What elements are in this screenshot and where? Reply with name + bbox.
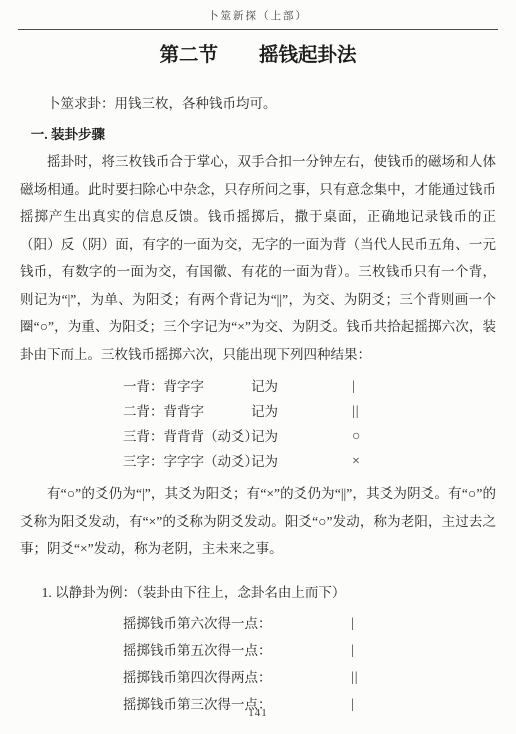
result-mark: ○: [352, 424, 496, 449]
result-label: 二背：背背字: [123, 399, 251, 424]
example-row: 摇掷钱币第五次得一点： |: [123, 637, 496, 664]
result-mark: |: [352, 374, 496, 399]
result-verb: 记为: [251, 424, 352, 449]
page-body: 卜筮求卦：用钱三枚，各种钱币均可。 一. 装卦步骤 摇卦时，将三枚钱币合于掌心，…: [0, 90, 516, 718]
example-label: 摇掷钱币第五次得一点：: [123, 637, 351, 664]
example-mark: |: [351, 610, 496, 637]
summary-paragraph: 有“○”的爻仍为“|”，其爻为阳爻；有“×”的爻仍为“||”，其爻为阴爻。有“○…: [20, 480, 496, 563]
result-label: 一背：背字字: [123, 374, 251, 399]
section-title: 第二节摇钱起卦法: [0, 42, 516, 70]
intro-paragraph: 卜筮求卦：用钱三枚，各种钱币均可。: [20, 90, 496, 118]
example-row: 摇掷钱币第四次得两点： ||: [123, 664, 496, 691]
example-row: 摇掷钱币第六次得一点： |: [123, 610, 496, 637]
result-label: 三字：字字字（动爻）: [123, 449, 251, 474]
result-mark: ×: [352, 449, 496, 474]
section-name: 摇钱起卦法: [259, 45, 357, 66]
result-mark: ||: [352, 399, 496, 424]
section-number: 第二节: [160, 45, 219, 66]
results-table: 一背：背字字 记为 | 二背：背背字 记为 || 三背：背背背（动爻） 记为 ○…: [123, 374, 496, 474]
page-footer: 141: [0, 703, 516, 721]
example-mark: |: [351, 637, 496, 664]
example-mark: ||: [351, 664, 496, 691]
result-verb: 记为: [251, 449, 352, 474]
subsection-heading: 一. 装卦步骤: [20, 121, 496, 149]
result-verb: 记为: [251, 374, 352, 399]
result-row: 一背：背字字 记为 |: [123, 374, 496, 399]
example-heading: 1. 以静卦为例：（装卦由下往上，念卦名由上而下）: [20, 579, 496, 607]
result-row: 三字：字字字（动爻） 记为 ×: [123, 449, 496, 474]
running-head: 卜筮新探（上部）: [0, 10, 516, 24]
header-rule: [18, 29, 498, 30]
page-number: 141: [248, 707, 268, 719]
procedure-paragraph: 摇卦时，将三枚钱币合于掌心，双手合扣一分钟左右，使钱币的磁场和人体磁场相通。此时…: [20, 148, 496, 368]
book-page: 卜筮新探（上部） 第二节摇钱起卦法 卜筮求卦：用钱三枚，各种钱币均可。 一. 装…: [0, 0, 516, 734]
example-label: 摇掷钱币第六次得一点：: [123, 610, 351, 637]
example-label: 摇掷钱币第四次得两点：: [123, 664, 351, 691]
result-verb: 记为: [251, 399, 352, 424]
example-list: 摇掷钱币第六次得一点： | 摇掷钱币第五次得一点： | 摇掷钱币第四次得两点： …: [123, 610, 496, 718]
result-label: 三背：背背背（动爻）: [123, 424, 251, 449]
result-row: 二背：背背字 记为 ||: [123, 399, 496, 424]
result-row: 三背：背背背（动爻） 记为 ○: [123, 424, 496, 449]
page-header: 卜筮新探（上部）: [0, 0, 516, 30]
